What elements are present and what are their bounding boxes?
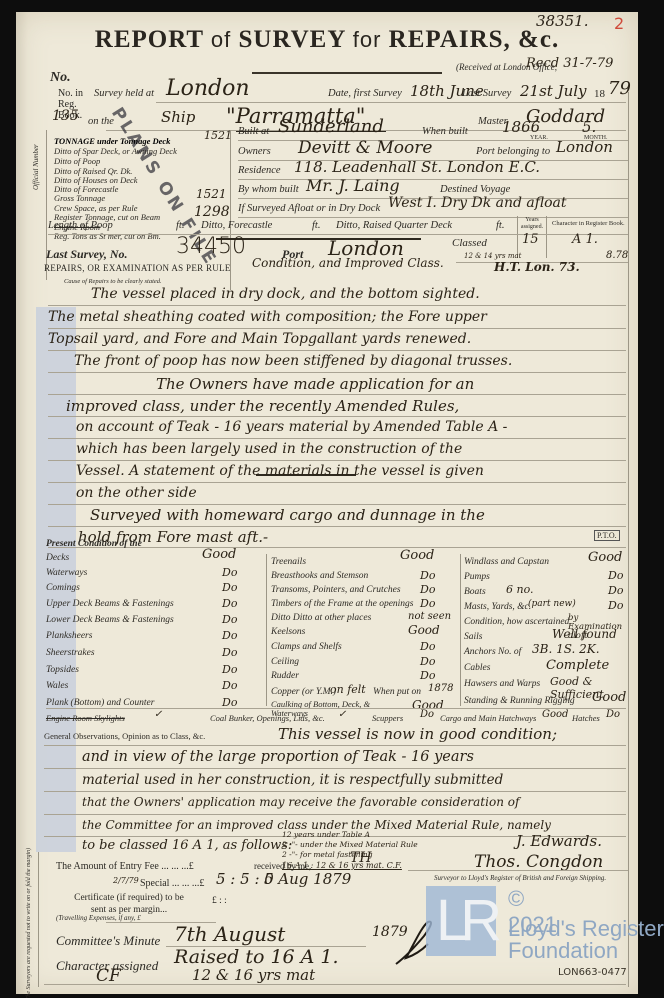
title-report: REPORT	[95, 26, 204, 53]
ship-type: Ship	[161, 108, 195, 126]
scuppers-value: Do	[420, 709, 434, 720]
built-by-value: Mr. J. Laing	[306, 176, 400, 195]
condition-row-sails: Sails	[464, 632, 482, 648]
pto-mark: P.T.O.	[594, 530, 620, 541]
date-mark: 8.78	[606, 250, 628, 261]
repairs-label: REPAIRS, OR EXAMINATION AS PER RULE	[44, 263, 231, 273]
classed-character: A 1.	[572, 232, 598, 247]
condition-heading: Present Condition of the	[46, 539, 142, 549]
certificate-value: £ : :	[212, 896, 227, 906]
rule	[238, 179, 628, 180]
special-date: 2/7/79	[113, 876, 139, 885]
rule	[44, 814, 626, 815]
cause-note: Cause of Repairs to be clearly stated.	[64, 278, 162, 285]
breakdown-line: 2 -"- under the Mixed Material Rule	[282, 840, 418, 849]
committee-minute-value: 7th August	[174, 922, 285, 946]
divider	[546, 216, 547, 258]
observations-label: General Observations, Opinion as to Clas…	[44, 731, 205, 741]
condition-value: not seen	[408, 611, 451, 622]
register-tonnage-value: 1298	[194, 204, 230, 220]
survey-held-label: Survey held at	[94, 88, 154, 99]
last-survey-no-label: Last Survey, No.	[46, 247, 128, 262]
rule	[44, 791, 626, 792]
rule	[48, 526, 626, 527]
condition-value: Do	[420, 655, 435, 668]
committee-minute-label: Committee's Minute	[56, 933, 160, 949]
rule	[48, 350, 626, 351]
right-border	[628, 92, 629, 987]
observation-line: This vessel is now in good condition;	[278, 725, 557, 743]
column-divider	[460, 554, 461, 706]
condition-value: Do	[222, 629, 237, 642]
year-prefix: 18	[594, 88, 605, 100]
masts-note: (part new)	[528, 599, 576, 609]
owners-label: Owners	[238, 146, 271, 157]
margin-note: (The Surveyors are requested not to writ…	[26, 848, 32, 998]
condition-row-topsides: Topsides	[46, 665, 79, 681]
condition-value: Do	[420, 583, 435, 596]
port-belonging-label: Port belonging to	[476, 146, 550, 157]
condition-row-waterways: Waterways	[46, 568, 87, 584]
condition-value: 3B. 1S. 2K.	[532, 642, 600, 656]
condition-value: Do	[222, 566, 237, 579]
character-label: Character in Register Book.	[552, 220, 625, 227]
condition-row-upper-deck-beams: Upper Deck Beams & Fastenings	[46, 599, 174, 615]
ft-unit: ft.	[496, 220, 504, 231]
condition-row-wales: Wales	[46, 681, 68, 697]
archive-number: 38351.	[536, 12, 589, 30]
condition-row-decks: Decks	[46, 553, 69, 569]
character-assigned-value: Raised to 16 A 1.	[174, 946, 339, 968]
forecastle-label: Ditto, Forecastle	[201, 220, 272, 231]
when-built-year: 1866	[502, 118, 540, 136]
hatchways-value: Good	[542, 709, 568, 720]
received-date: 5 Aug 1879	[264, 870, 351, 888]
condition-value: Do	[222, 613, 237, 626]
survey-report-page: REPORT of SURVEY for REPAIRS, &c. 38351.…	[16, 12, 638, 994]
port-belonging-value: London	[556, 138, 613, 156]
condition-row-sheerstrakes: Sheerstrakes	[46, 648, 95, 664]
rule	[44, 768, 626, 769]
condition-value: Well found	[552, 627, 617, 641]
scuppers-label: Scuppers	[372, 713, 403, 723]
condition-value: Do	[420, 597, 435, 610]
tonnage-row: TONNAGE under Tonnage Deck	[54, 136, 170, 146]
condition-value: Good	[592, 690, 626, 705]
condition-value: Complete	[546, 658, 609, 673]
condition-row-lower-deck-beams: Lower Deck Beams & Fastenings	[46, 615, 174, 631]
coal-bunker-label: Coal Bunker, Openings, Lids, &c.	[210, 713, 325, 723]
condition-row-anchors: Anchors No. of	[464, 647, 521, 663]
surveyor-title: Surveyor to Lloyd's Register of British …	[434, 874, 606, 882]
copper-when-value: 1878	[428, 683, 453, 694]
condition-row-rudder: Rudder	[271, 671, 299, 687]
raised-qd-label: Ditto, Raised Quarter Deck	[336, 220, 452, 231]
rule	[48, 234, 628, 235]
built-at-value: Sunderland	[278, 116, 384, 137]
rule	[46, 708, 626, 709]
condition-row-planksheers: Planksheers	[46, 631, 92, 647]
observation-line: and in view of the large proportion of T…	[82, 749, 474, 765]
rule	[238, 217, 628, 218]
lr-logo-text: LR	[436, 890, 494, 952]
rule	[156, 102, 626, 103]
condition-row-cables: Cables	[464, 663, 490, 679]
narrative-line: The metal sheathing coated with composit…	[48, 309, 487, 325]
tonnage-row: Ditto of Poop	[54, 156, 100, 166]
special-label: Special ... ... ...£	[140, 878, 204, 889]
when-built-label: When built	[422, 126, 468, 137]
condition-value: Do	[420, 569, 435, 582]
narrative-line: The Owners have made application for an	[156, 375, 474, 393]
material-note: 12 & 14 yrs mat	[464, 252, 521, 260]
observation-line: material used in her construction, it is…	[82, 772, 503, 788]
condition-row-comings: Comings	[46, 583, 80, 599]
received-initials: TH	[350, 850, 372, 866]
ft-unit: ft.	[176, 220, 184, 231]
condition-value: on felt	[330, 683, 366, 696]
condition-row-masts: Masts, Yards, &c.	[464, 602, 531, 618]
destined-voyage-label: Destined Voyage	[440, 184, 510, 195]
condition-value: Do	[222, 597, 237, 610]
condition-value: Do	[222, 646, 237, 659]
residence-value: 118. Leadenhall St. London E.C.	[294, 158, 540, 176]
last-survey-value: 21st July	[520, 82, 587, 100]
surveyed-label: If Surveyed Afloat or in Dry Dock	[238, 203, 380, 214]
title-rule	[252, 72, 442, 74]
no-label: No.	[50, 70, 71, 86]
built-at-label: Built at	[238, 126, 269, 137]
character-note: 12 & 16 yrs mat	[192, 966, 315, 984]
rule	[48, 416, 626, 417]
official-number-label: Official Number	[32, 144, 40, 190]
narrative-line: Surveyed with homeward cargo and dunnage…	[90, 506, 485, 524]
classed-years: 15	[522, 232, 539, 247]
last-survey-label: Last Survey	[462, 88, 511, 99]
gross-tonnage-value: 1521	[196, 187, 227, 201]
condition-value: Do	[608, 569, 623, 582]
hatches-label: Hatches	[572, 713, 600, 723]
condition-value: Do	[222, 679, 237, 692]
condition-value: Good	[408, 623, 440, 637]
condition-value: Do	[420, 640, 435, 653]
cf-mark: CF	[96, 966, 121, 986]
breakdown-line: 12 years under Table A	[282, 830, 370, 839]
tonnage-row: Ditto of Spar Deck, or Awning Deck	[54, 146, 177, 156]
rule	[48, 305, 626, 306]
coal-bunker-value: ✓	[338, 709, 346, 720]
surveyor2-signature: Thos. Congdon	[474, 852, 603, 872]
hatches-value: Do	[606, 709, 620, 720]
narrative-line: on the other side	[76, 485, 197, 501]
condition-row-plank-bottom: Plank (Bottom) and Counter	[46, 698, 154, 714]
repairs-value: Condition, and Improved Class.	[252, 256, 444, 270]
narrative-line: on account of Teak - 16 years material b…	[76, 419, 507, 435]
narrative-line: improved class, under the recently Amend…	[66, 397, 459, 415]
condition-value: Do	[608, 599, 623, 612]
condition-row-keelsons: Keelsons	[271, 627, 305, 643]
boats-note: 6 no.	[506, 583, 534, 596]
poop-label: Length of Poop	[48, 220, 113, 231]
narrative-line: The vessel placed in dry dock, and the b…	[91, 286, 480, 302]
title-for: for	[353, 27, 382, 52]
condition-row-clamps: Clamps and Shelfs	[271, 642, 342, 658]
tonnage-value: 1521	[204, 129, 232, 142]
ht-note: H.T. Lon. 73.	[494, 260, 580, 274]
condition-value: Do	[222, 663, 237, 676]
rule	[48, 438, 626, 439]
observation-line: to be classed 16 A 1, as follows:	[82, 838, 292, 853]
condition-value: Good	[400, 548, 434, 563]
surveyed-value: West I. Dry Dk and afloat	[388, 195, 567, 211]
tonnage-row: Gross Tonnage	[54, 193, 105, 203]
received-value: Recd 31-7-79	[526, 56, 613, 71]
owners-value: Devitt & Moore	[298, 138, 432, 158]
years-assigned-label: Years assigned.	[519, 217, 545, 231]
condition-value: Do	[420, 669, 435, 682]
condition-row-windlass: Windlass and Capstan	[464, 557, 549, 573]
observation-line: that the Owners' application may receive…	[82, 795, 519, 809]
margin-line	[38, 852, 39, 987]
archive-reference: LON663-0477	[558, 967, 627, 978]
residence-label: Residence	[238, 165, 281, 176]
rule	[48, 328, 626, 329]
ft-unit: ft.	[312, 220, 320, 231]
title-repairs: REPAIRS, &c.	[389, 26, 560, 53]
signature-line	[408, 870, 628, 871]
rule	[48, 460, 626, 461]
report-title: REPORT of SURVEY for REPAIRS, &c.	[16, 26, 638, 54]
condition-value: Do	[222, 581, 237, 594]
condition-row-pumps: Pumps	[464, 572, 490, 588]
hatchways-label: Cargo and Main Hatchways	[440, 713, 536, 723]
title-of: of	[211, 27, 231, 52]
built-by-label: By whom built	[238, 184, 299, 195]
rule	[44, 745, 626, 746]
when-built-month: 5.	[582, 118, 596, 136]
condition-value: Do	[608, 584, 623, 597]
condition-row-boats: Boats	[464, 587, 486, 603]
narrative-line: Vessel. A statement of the materials in …	[76, 463, 484, 479]
title-survey: SURVEY	[238, 26, 345, 53]
skylights-value: ✓	[154, 709, 162, 720]
survey-held-value: London	[166, 76, 250, 101]
rule	[48, 504, 626, 505]
condition-value: Good	[588, 550, 622, 565]
column-divider	[266, 554, 267, 706]
skylights-label: Engine Room Skylights	[46, 713, 125, 723]
classed-label: Classed	[452, 237, 487, 249]
rule	[48, 372, 626, 373]
narrative-line: which has been largely used in the const…	[76, 441, 462, 457]
travelling-label: (Travelling Expenses, if any, £	[56, 914, 141, 922]
rule	[48, 394, 626, 395]
reg-book-value: 135	[52, 108, 79, 124]
narrative-line: The front of poop has now been stiffened…	[74, 353, 512, 369]
surveyor1-signature: J. Edwards.	[516, 832, 602, 850]
narrative-line: Topsail yard, and Fore and Main Topgalla…	[48, 331, 471, 347]
entry-fee-label: The Amount of Entry Fee ... ... ...£	[56, 861, 194, 872]
last-survey-no-value: 34450	[176, 234, 246, 259]
first-survey-label: Date, first Survey	[328, 88, 402, 99]
org-line2: Foundation	[508, 938, 618, 964]
certificate-label: Certificate (if required) to be sent as …	[74, 892, 184, 916]
red-mark: 2	[614, 14, 624, 33]
rule	[48, 482, 626, 483]
condition-value: Good	[202, 547, 236, 562]
rule	[44, 984, 626, 985]
condition-row-hawsers: Hawsers and Warps	[464, 679, 540, 695]
tonnage-row: Reg. Tons as St mer, cut on Bm.	[54, 231, 161, 241]
